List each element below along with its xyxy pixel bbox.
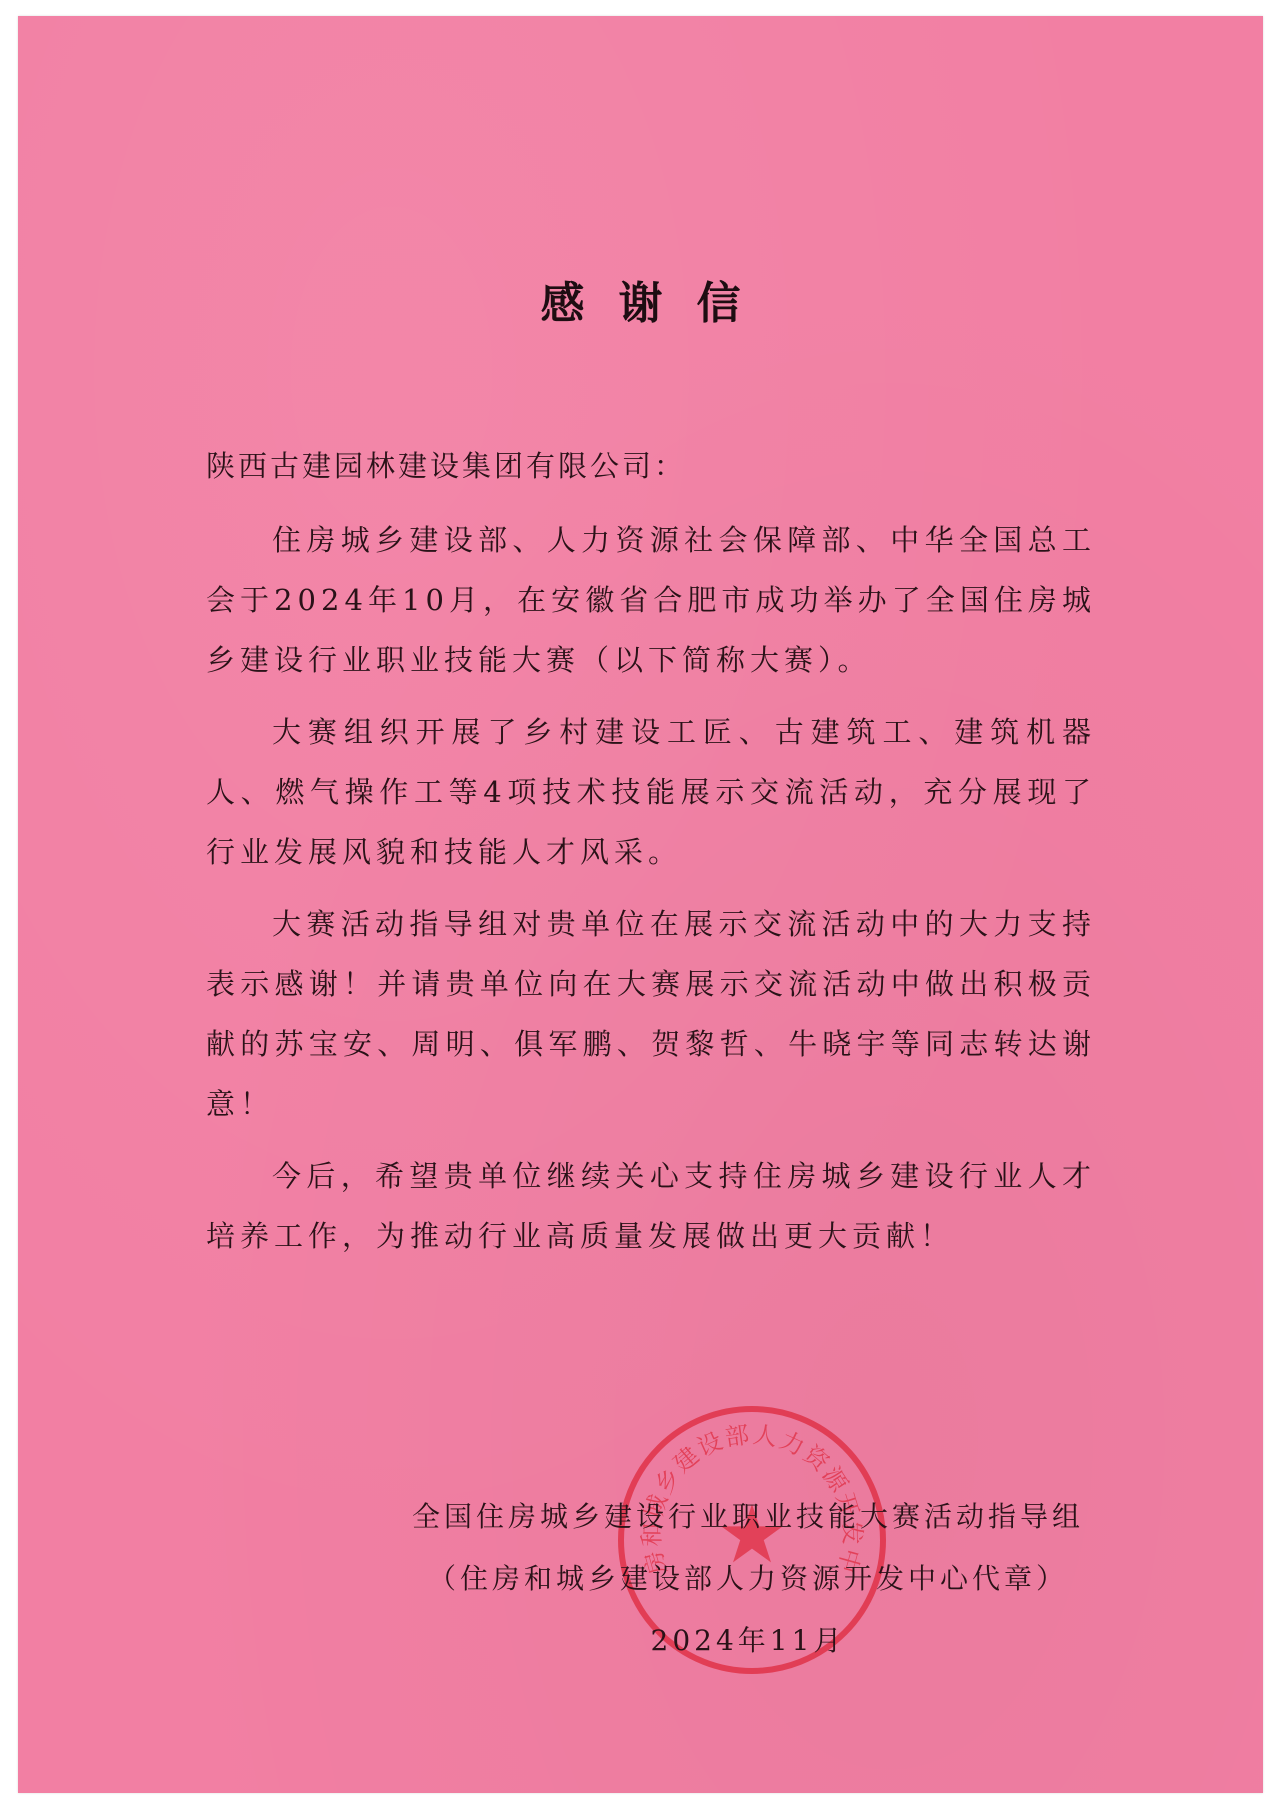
salutation: 陕西古建园林建设集团有限公司：	[206, 436, 1096, 496]
signing-organization: 全国住房城乡建设行业职业技能大赛活动指导组	[378, 1486, 1118, 1548]
letter-body: 陕西古建园林建设集团有限公司： 住房城乡建设部、人力资源社会保障部、中华全国总工…	[206, 436, 1096, 1278]
letter-page: 感谢信 陕西古建园林建设集团有限公司： 住房城乡建设部、人力资源社会保障部、中华…	[18, 16, 1263, 1793]
paragraph-2: 大赛组织开展了乡村建设工匠、古建筑工、建筑机器人、燃气操作工等4项技术技能展示交…	[206, 702, 1096, 882]
letter-title: 感谢信	[18, 274, 1263, 334]
signing-date: 2024年11月	[378, 1610, 1118, 1672]
paragraph-1: 住房城乡建设部、人力资源社会保障部、中华全国总工会于2024年10月，在安徽省合…	[206, 510, 1096, 690]
paragraph-4: 今后，希望贵单位继续关心支持住房城乡建设行业人才培养工作，为推动行业高质量发展做…	[206, 1146, 1096, 1266]
paragraph-3: 大赛活动指导组对贵单位在展示交流活动中的大力支持表示感谢！并请贵单位向在大赛展示…	[206, 894, 1096, 1134]
seal-note: （住房和城乡建设部人力资源开发中心代章）	[378, 1548, 1118, 1610]
signature-block: 全国住房城乡建设行业职业技能大赛活动指导组 （住房和城乡建设部人力资源开发中心代…	[378, 1486, 1118, 1672]
